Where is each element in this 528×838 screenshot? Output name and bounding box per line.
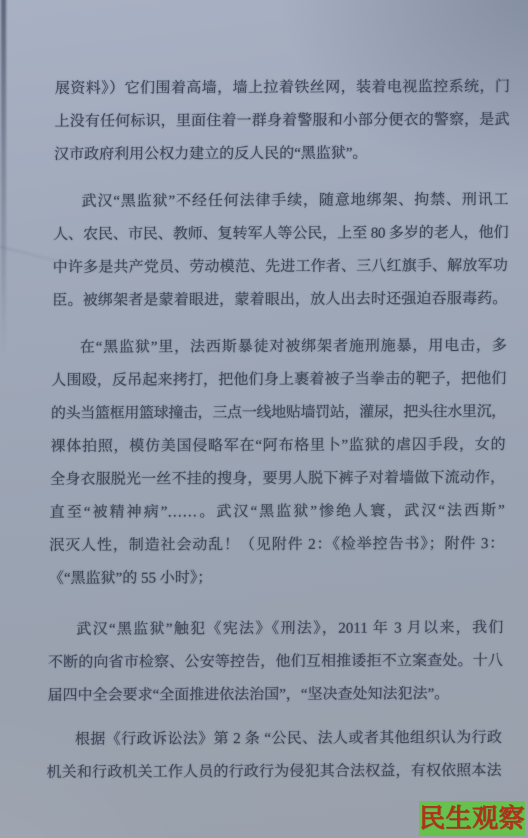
text-line: 根据《行政诉讼法》第 2 条 “公民、法人或者其他组织认为行政	[47, 722, 502, 757]
paragraph-2: 武汉“黑监狱”不经任何法律手续，随意地绑架、拘禁、刑讯工 人、农民、市民、教师、…	[52, 184, 509, 318]
text-line: 不断的向省市检察、公安等控告，他们互相推诿拒不立案查处。十八	[48, 645, 503, 680]
text-line: 直至“被精神病”……。武汉“黑监狱”惨绝人寰，武汉“法西斯”	[50, 495, 505, 530]
text-line: 的头当篮框用篮球撞击，三点一线地贴墙罚站，灌尿，把头往水里沉，	[51, 396, 506, 431]
text-line: 臣。被绑架者是蒙着眼进，蒙着眼出，放人出去时还强迫吞服毒药。	[52, 283, 507, 318]
text-line: 中许多是共产党员、劳动模范、先进工作者、三八红旗手、解放军功	[53, 250, 508, 285]
text-line: 武汉“黑监狱”不经任何法律手续，随意地绑架、拘禁、刑讯工	[53, 184, 508, 219]
text-line: 泯灭人性，制造社会动乱！（见附件 2：《检举控告书》；附件 3：	[49, 528, 504, 563]
paragraph-5: 根据《行政诉讼法》第 2 条 “公民、法人或者其他组织认为行政 机关和行政机关工…	[46, 722, 502, 790]
text-line: 汉市政府利用公权力建立的反人民的“黑监狱”。	[54, 137, 509, 172]
text-line: 人围殴，反吊起来拷打，把他们身上裹着被子当拳击的靶子，把他们	[51, 363, 506, 398]
page-edge-shadow	[1, 0, 6, 356]
photographed-document-page: 展资料》）它们围着高墙，墙上拉着铁丝网，装着电视监控系统，门 上没有任何标识，里…	[0, 0, 528, 838]
watermark-badge: 民生观察	[419, 801, 525, 836]
text-line: 人、农民、市民、教师、复转军人等公民，上至 80 多岁的老人，他们	[53, 217, 508, 252]
text-line: 在“黑监狱”里，法西斯暴徒对被绑架者施刑施暴，用电击，多	[52, 330, 507, 365]
text-line: 《“黑监狱”的 55 小时》；	[49, 561, 504, 596]
paragraph-4: 武汉“黑监狱”触犯《宪法》《刑法》，2011 年 3 月以来，我们 不断的向省市…	[47, 612, 503, 713]
text-line: 上没有任何标识，里面住着一群身着警服和小部分便衣的警察，是武	[54, 104, 509, 139]
text-line: 届四中全会要求“全面推进依法治国”，“坚决查处知法犯法”。	[47, 678, 502, 713]
document-text: 展资料》）它们围着高墙，墙上拉着铁丝网，装着电视监控系统，门 上没有任何标识，里…	[46, 0, 511, 838]
text-line: 裸体拍照，模仿美国侵略军在“阿布格里卜”监狱的虐囚手段，女的	[50, 429, 505, 464]
text-line: 展资料》）它们围着高墙，墙上拉着铁丝网，装着电视监控系统，门	[55, 71, 510, 106]
text-line: 全身衣服脱光一丝不挂的搜身，要男人脱下裤子对着墙做下流动作，	[50, 462, 505, 497]
paragraph-1: 展资料》）它们围着高墙，墙上拉着铁丝网，装着电视监控系统，门 上没有任何标识，里…	[54, 71, 510, 172]
text-line: 武汉“黑监狱”触犯《宪法》《刑法》，2011 年 3 月以来，我们	[48, 612, 503, 647]
text-line: 机关和行政机关工作人员的行政行为侵犯其合法权益，有权依照本法	[46, 755, 501, 790]
paragraph-3: 在“黑监狱”里，法西斯暴徒对被绑架者施刑施暴，用电击，多 人围殴，反吊起来拷打，…	[49, 330, 507, 596]
